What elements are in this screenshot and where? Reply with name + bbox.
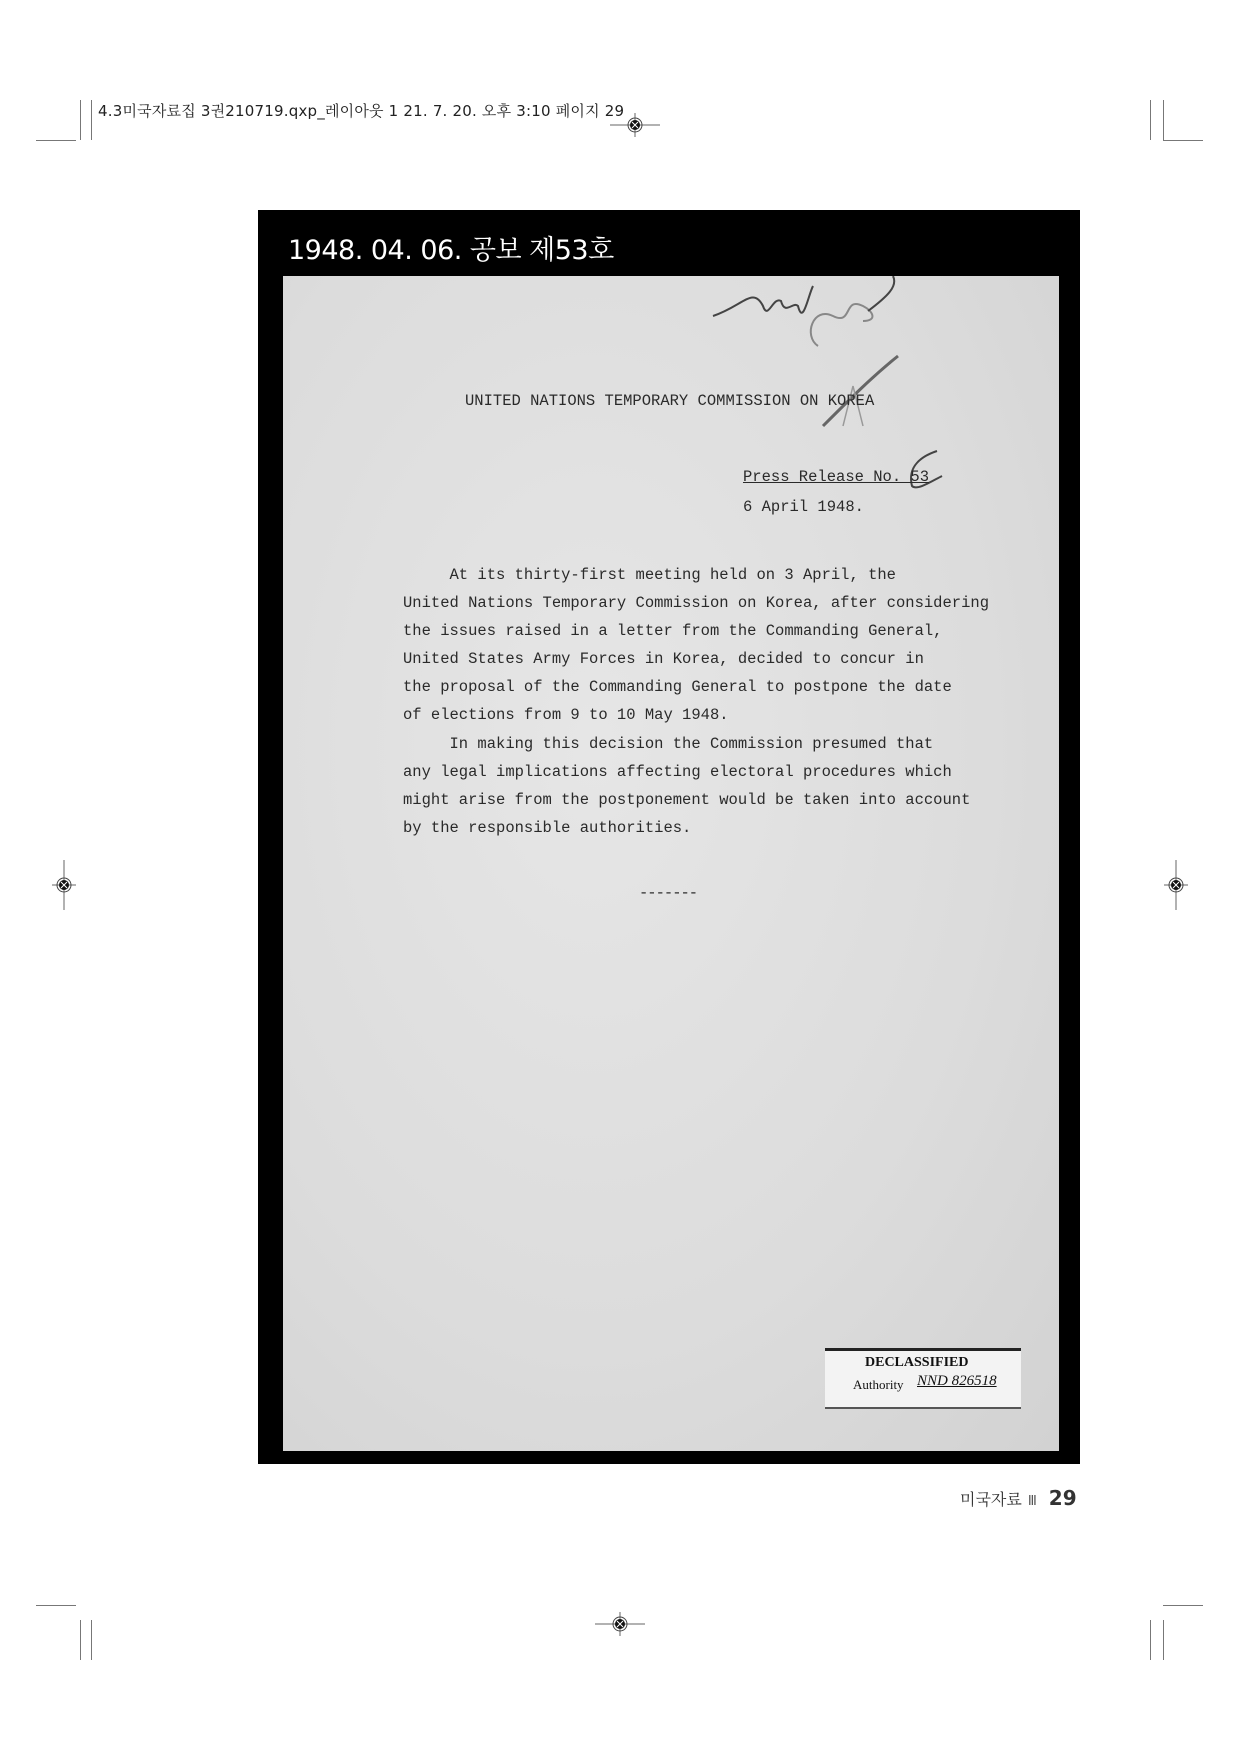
registration-mark-icon (595, 1612, 645, 1636)
crop-mark (1150, 1620, 1151, 1660)
body-line: any legal implications affecting elector… (403, 763, 952, 781)
scanned-page: UNITED NATIONS TEMPORARY COMMISSION ON K… (283, 276, 1059, 1451)
document-heading: UNITED NATIONS TEMPORARY COMMISSION ON K… (465, 392, 874, 410)
crop-mark (36, 140, 76, 141)
crop-mark (1150, 100, 1151, 140)
body-line: At its thirty-first meeting held on 3 Ap… (403, 566, 896, 584)
crop-mark (1163, 140, 1203, 141)
figure-title: 1948. 04. 06. 공보 제53호 (288, 228, 614, 267)
declassified-stamp: DECLASSIFIED Authority NND 826518 (825, 1348, 1021, 1409)
body-line: the issues raised in a letter from the C… (403, 622, 943, 640)
stamp-title: DECLASSIFIED (865, 1355, 968, 1371)
crop-mark (91, 100, 92, 140)
crop-mark (91, 1620, 92, 1660)
registration-mark-icon (1164, 860, 1188, 910)
page-footer: 미국자료Ⅲ29 (960, 1486, 1077, 1510)
document-photo: 1948. 04. 06. 공보 제53호 UNITED NATIONS TEM… (258, 210, 1080, 1464)
body-line: by the responsible authorities. (403, 819, 691, 837)
footer-section: 미국자료 (960, 1490, 1022, 1509)
crop-mark (1163, 1620, 1164, 1660)
press-release-number: Press Release No. 53 (743, 468, 929, 486)
stamp-authority-value: NND 826518 (917, 1373, 997, 1390)
crop-mark (1163, 100, 1164, 140)
release-date: 6 April 1948. (743, 498, 864, 516)
body-line: might arise from the postponement would … (403, 791, 970, 809)
registration-mark-icon (52, 860, 76, 910)
handwritten-note-icon (703, 276, 903, 436)
crop-mark (80, 100, 81, 140)
crop-mark (1163, 1605, 1203, 1606)
body-line: In making this decision the Commission p… (403, 735, 933, 753)
body-line: United States Army Forces in Korea, deci… (403, 650, 924, 668)
footer-separator: Ⅲ (1028, 1494, 1037, 1509)
body-line: United Nations Temporary Commission on K… (403, 594, 989, 612)
crop-mark (36, 1605, 76, 1606)
print-slug: 4.3미국자료집 3권210719.qxp_레이아웃 1 21. 7. 20. … (98, 100, 624, 121)
page-number: 29 (1049, 1486, 1077, 1510)
body-line: the proposal of the Commanding General t… (403, 678, 952, 696)
crop-mark (80, 1620, 81, 1660)
body-line: of elections from 9 to 10 May 1948. (403, 706, 729, 724)
end-mark: ------- (639, 884, 697, 902)
stamp-authority-label: Authority (853, 1377, 904, 1393)
